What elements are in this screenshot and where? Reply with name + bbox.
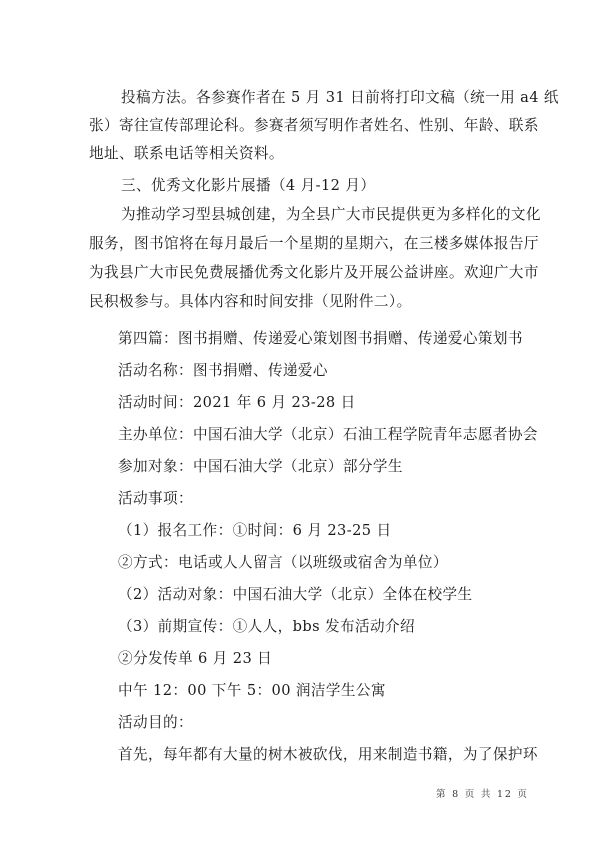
paragraph-line: 投稿方法。各参赛作者在 5 月 31 日前将打印文稿（统一用 a4 纸 xyxy=(121,88,514,108)
paragraph-line: 为我县广大市民免费展播优秀文化影片及开展公益讲座。欢迎广大市 xyxy=(89,263,514,283)
list-item: （2）活动对象：中国石油大学（北京）全体在校学生 xyxy=(118,585,514,605)
activity-time: 活动时间：2021 年 6 月 23-28 日 xyxy=(118,393,514,413)
paragraph-line: 为推动学习型县城创建，为全县广大市民提供更为多样化的文化 xyxy=(121,205,514,225)
paragraph-line: 民积极参与。具体内容和时间安排（见附件二）。 xyxy=(89,292,514,312)
list-item: （1）报名工作：①时间：6 月 23-25 日 xyxy=(118,521,514,541)
section-heading: 三、优秀文化影片展播（4 月-12 月） xyxy=(121,176,514,196)
list-item: 中午 12：00 下午 5：00 润洁学生公寓 xyxy=(118,681,514,701)
paragraph-line: 地址、联系电话等相关资料。 xyxy=(89,144,514,164)
list-item: ②方式：电话或人人留言（以班级或宿舍为单位） xyxy=(118,553,514,573)
participants: 参加对象：中国石油大学（北京）部分学生 xyxy=(118,457,514,477)
paragraph-line: 张）寄往宣传部理论科。参赛者须写明作者姓名、性别、年龄、联系 xyxy=(89,116,514,136)
activity-purpose-heading: 活动目的： xyxy=(118,713,514,733)
list-item: ②分发传单 6 月 23 日 xyxy=(118,649,514,669)
paragraph-line: 服务，图书馆将在每月最后一个星期的星期六，在三楼多媒体报告厅 xyxy=(89,234,514,254)
paragraph-line: 首先，每年都有大量的树木被砍伐，用来制造书籍，为了保护环 xyxy=(118,745,514,765)
activity-items-heading: 活动事项： xyxy=(118,489,514,509)
page-number: 第 8 页 共 12 页 xyxy=(436,786,529,800)
article-title: 第四篇：图书捐赠、传递爱心策划图书捐赠、传递爱心策划书 xyxy=(118,329,514,349)
activity-name: 活动名称：图书捐赠、传递爱心 xyxy=(118,361,514,381)
list-item: （3）前期宣传：①人人，bbs 发布活动介绍 xyxy=(118,617,514,637)
organizer: 主办单位：中国石油大学（北京）石油工程学院青年志愿者协会 xyxy=(118,425,514,445)
